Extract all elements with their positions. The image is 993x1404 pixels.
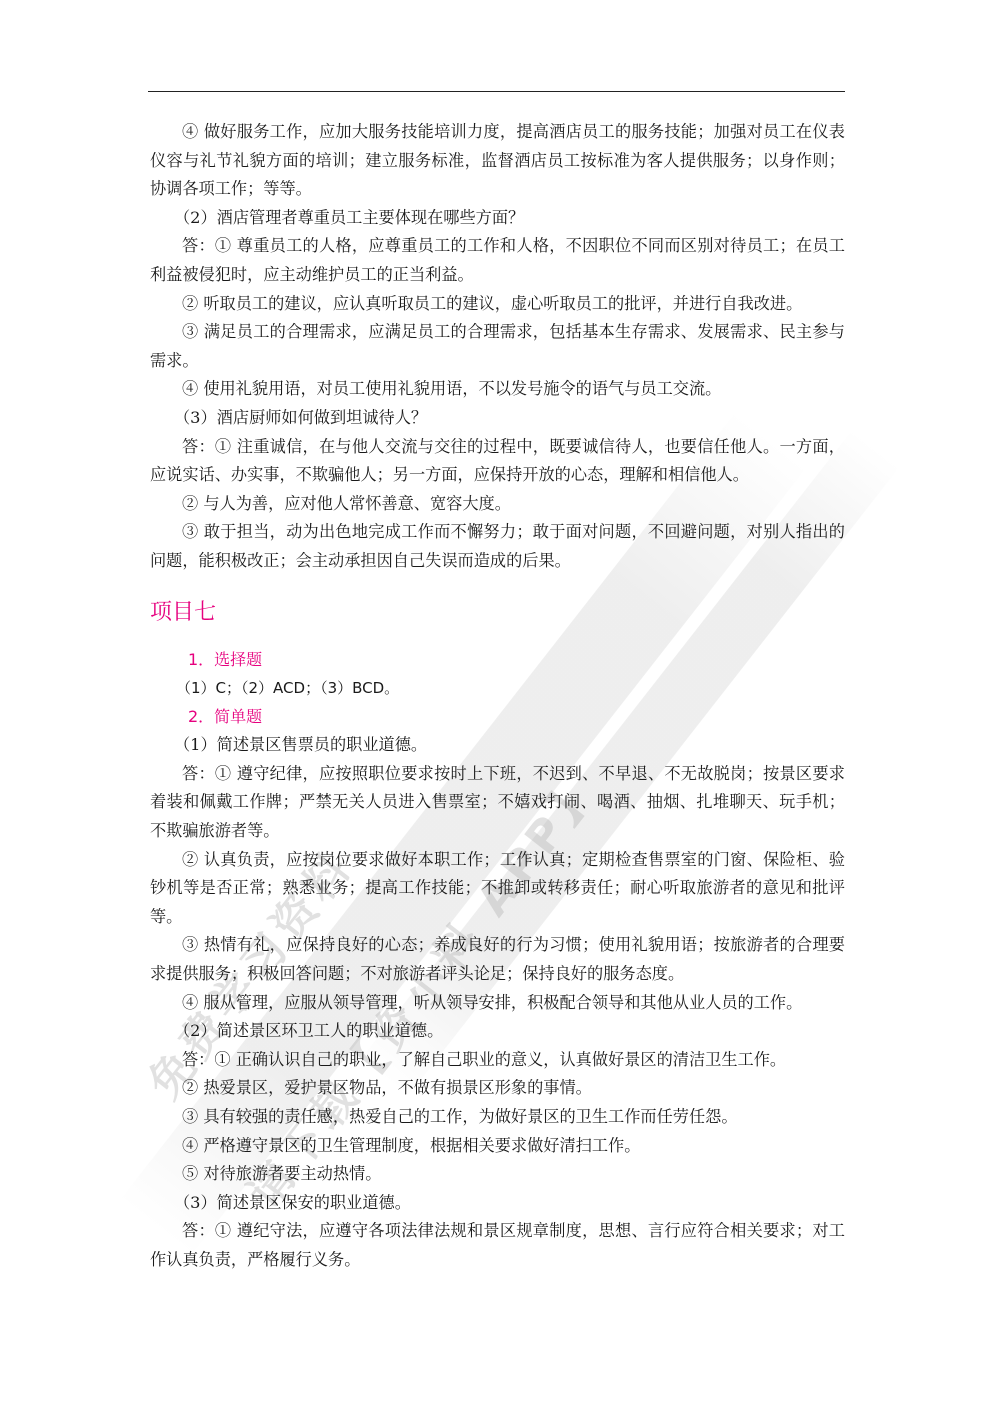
question-heading: （1）简述景区售票员的职业道德。 xyxy=(150,731,845,760)
question-heading: （3）简述景区保安的职业道德。 xyxy=(150,1189,845,1218)
choice-heading: 1．选择题 xyxy=(150,646,845,675)
header-rule xyxy=(148,91,845,92)
answer-paragraph: ② 听取员工的建议，应认真听取员工的建议，虚心听取员工的批评，并进行自我改进。 xyxy=(150,290,845,319)
answer-paragraph: 答：① 尊重员工的人格，应尊重员工的工作和人格，不因职位不同而区别对待员工；在员… xyxy=(150,232,845,289)
answer-paragraph: 答：① 注重诚信，在与他人交流与交往的过程中，既要诚信待人，也要信任他人。一方面… xyxy=(150,433,845,490)
answer-paragraph: ② 认真负责，应按岗位要求做好本职工作；工作认真；定期检查售票室的门窗、保险柜、… xyxy=(150,846,845,932)
answer-paragraph: ② 热爱景区，爱护景区物品，不做有损景区形象的事情。 xyxy=(150,1074,845,1103)
answer-paragraph: 答：① 正确认识自己的职业，了解自己职业的意义，认真做好景区的清洁卫生工作。 xyxy=(150,1046,845,1075)
answer-paragraph: 答：① 遵纪守法，应遵守各项法律法规和景区规章制度，思想、言行应符合相关要求；对… xyxy=(150,1217,845,1274)
project-title: 项目七 xyxy=(150,598,845,628)
answer-paragraph: ③ 满足员工的合理需求，应满足员工的合理需求，包括基本生存需求、发展需求、民主参… xyxy=(150,318,845,375)
answer-paragraph: ② 与人为善，应对他人常怀善意、宽容大度。 xyxy=(150,490,845,519)
paragraph: ④ 做好服务工作，应加大服务技能培训力度，提高酒店员工的服务技能；加强对员工在仪… xyxy=(150,118,845,204)
answer-paragraph: ③ 具有较强的责任感，热爱自己的工作，为做好景区的卫生工作而任劳任怨。 xyxy=(150,1103,845,1132)
answer-paragraph: ③ 敢于担当，动为出色地完成工作而不懈努力；敢于面对问题，不回避问题，对别人指出… xyxy=(150,518,845,575)
short-answer-heading: 2．简单题 xyxy=(150,703,845,732)
answer-paragraph: ③ 热情有礼，应保持良好的心态；养成良好的行为习惯；使用礼貌用语；按旅游者的合理… xyxy=(150,931,845,988)
document-body: ④ 做好服务工作，应加大服务技能培训力度，提高酒店员工的服务技能；加强对员工在仪… xyxy=(150,118,845,1275)
answer-paragraph: ⑤ 对待旅游者要主动热情。 xyxy=(150,1160,845,1189)
answer-paragraph: 答：① 遵守纪律，应按照职位要求按时上下班，不迟到、不早退、不无故脱岗；按景区要… xyxy=(150,760,845,846)
question-heading: （2）简述景区环卫工人的职业道德。 xyxy=(150,1017,845,1046)
question-heading: （2）酒店管理者尊重员工主要体现在哪些方面？ xyxy=(150,204,845,233)
answer-paragraph: ④ 使用礼貌用语，对员工使用礼貌用语，不以发号施令的语气与员工交流。 xyxy=(150,375,845,404)
answer-paragraph: ④ 服从管理，应服从领导管理，听从领导安排，积极配合领导和其他从业人员的工作。 xyxy=(150,989,845,1018)
answer-paragraph: ④ 严格遵守景区的卫生管理制度，根据相关要求做好清扫工作。 xyxy=(150,1132,845,1161)
choice-answers: （1）C；（2）ACD；（3）BCD。 xyxy=(150,674,845,703)
question-heading: （3）酒店厨师如何做到坦诚待人？ xyxy=(150,404,845,433)
